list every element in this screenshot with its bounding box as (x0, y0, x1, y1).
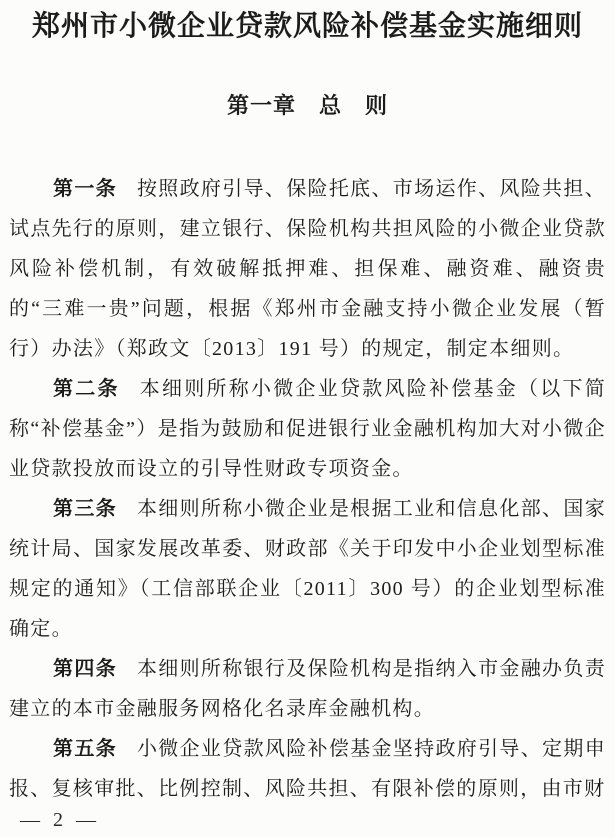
document-page: 郑州市小微企业贷款风险补偿基金实施细则 第一章 总 则 第一条按照政府引导、保险… (0, 0, 615, 838)
article-5: 第五条小微企业贷款风险补偿基金坚持政府引导、定期申报、复核审批、比例控制、风险共… (9, 729, 606, 809)
document-body: 第一条按照政府引导、保险托底、市场运作、风险共担、试点先行的原则，建立银行、保险… (9, 169, 606, 809)
chapter-heading: 第一章 总 则 (0, 93, 615, 119)
article-2: 第二条本细则所称小微企业贷款风险补偿基金（以下简称“补偿基金”）是指为鼓励和促进… (9, 369, 606, 489)
article-1-label: 第一条 (53, 178, 117, 200)
article-5-label: 第五条 (53, 738, 117, 760)
article-3-label: 第三条 (53, 498, 117, 520)
page-number: — 2 — (20, 809, 100, 832)
article-1-text: 按照政府引导、保险托底、市场运作、风险共担、试点先行的原则，建立银行、保险机构共… (9, 178, 606, 360)
document-title: 郑州市小微企业贷款风险补偿基金实施细则 (0, 0, 615, 45)
article-1: 第一条按照政府引导、保险托底、市场运作、风险共担、试点先行的原则，建立银行、保险… (9, 169, 606, 369)
article-4-label: 第四条 (53, 658, 117, 680)
article-2-label: 第二条 (53, 378, 120, 400)
article-3: 第三条本细则所称小微企业是根据工业和信息化部、国家统计局、国家发展改革委、财政部… (9, 489, 606, 649)
article-4: 第四条本细则所称银行及保险机构是指纳入市金融办负责建立的本市金融服务网格化名录库… (9, 649, 606, 729)
